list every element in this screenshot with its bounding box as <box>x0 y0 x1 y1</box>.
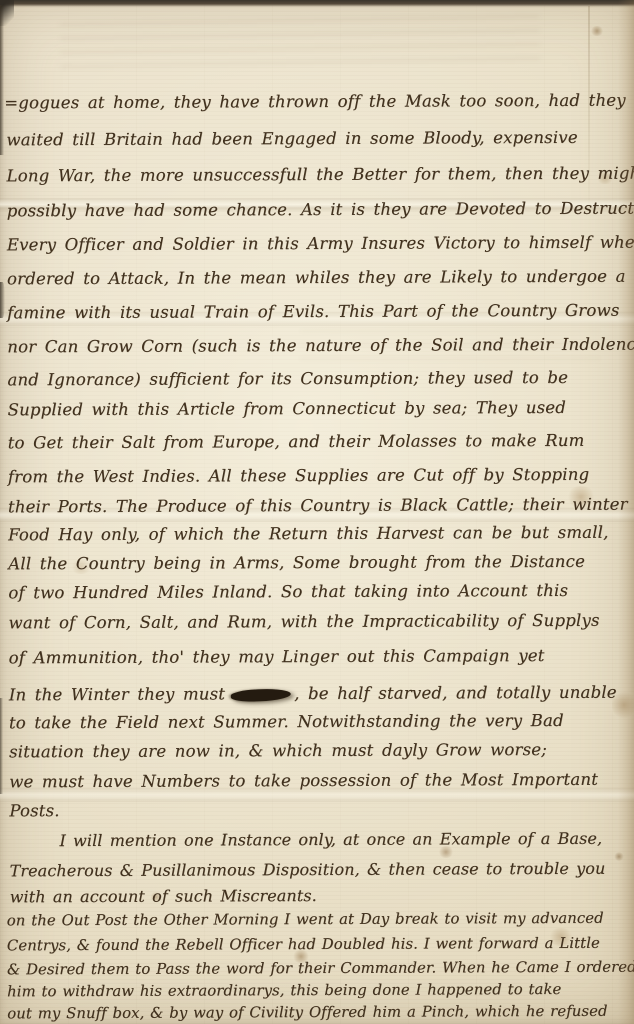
manuscript-line: waited till Britain had been Engaged in … <box>6 128 577 149</box>
manuscript-line: I will mention one Instance only, at onc… <box>59 829 602 850</box>
manuscript-line: Long War, the more unsuccessfull the Bet… <box>6 164 634 186</box>
manuscript-line: ordered to Attack, In the mean whiles th… <box>7 267 626 289</box>
manuscript-line: of Ammunition, tho' they may Linger out … <box>9 646 545 667</box>
manuscript-line: and Ignorance) sufficient for its Consum… <box>7 368 568 389</box>
redacted-line-before: In the Winter they must <box>9 684 225 704</box>
scan-edge-left-notch <box>0 282 5 318</box>
manuscript-line: possibly have had some chance. As it is … <box>7 198 634 220</box>
redacted-line-after: , be half starved, and totally unable <box>294 683 617 703</box>
scan-edge-right <box>618 0 634 1024</box>
manuscript-line: him to withdraw his extraordinarys, this… <box>7 981 561 1000</box>
manuscript-line: nor Can Grow Corn (such is the nature of… <box>7 335 634 357</box>
scan-edge-left <box>0 698 3 794</box>
manuscript-line: with an account of such Miscreants. <box>10 886 317 906</box>
manuscript-line: of two Hundred Miles Inland. So that tak… <box>8 581 568 602</box>
manuscript-line: =gogues at home, they have thrown off th… <box>4 91 626 113</box>
manuscript-line: their Ports. The Produce of this Country… <box>8 495 628 517</box>
manuscript-line: All the Country being in Arms, Some brou… <box>8 552 585 574</box>
manuscript-line: famine with its usual Train of Evils. Th… <box>7 301 619 323</box>
manuscript-line: situation they are now in, & which must … <box>9 740 547 761</box>
manuscript-line: & Desired them to Pass the word for thei… <box>7 959 634 979</box>
scanned-manuscript-page: =gogues at home, they have thrown off th… <box>0 0 634 1024</box>
handwriting-layer: =gogues at home, they have thrown off th… <box>0 0 634 1024</box>
manuscript-line: on the Out Post the Other Morning I went… <box>7 910 604 930</box>
scan-edge-top <box>0 0 634 7</box>
manuscript-line: from the West Indies. All these Supplies… <box>8 465 590 487</box>
manuscript-line: want of Corn, Salt, and Rum, with the Im… <box>8 611 599 633</box>
manuscript-line: Centrys, & found the Rebell Officer had … <box>7 935 600 955</box>
manuscript-line: out my Snuff box, & by way of Civility O… <box>7 1003 607 1023</box>
manuscript-line: Treacherous & Pusillanimous Disposition,… <box>10 859 606 881</box>
manuscript-line: Every Officer and Soldier in this Army I… <box>7 232 634 254</box>
manuscript-line-redacted: In the Winter they must, be half starved… <box>9 683 617 705</box>
manuscript-line: Posts. <box>9 801 59 820</box>
ink-blot-redaction <box>231 688 291 702</box>
manuscript-line: to take the Field next Summer. Notwithst… <box>9 711 564 732</box>
manuscript-line: we must have Numbers to take possession … <box>9 770 598 792</box>
manuscript-line: to Get their Salt from Europe, and their… <box>8 431 585 453</box>
manuscript-line: Supplied with this Article from Connecti… <box>8 398 567 419</box>
scan-edge-left <box>0 5 4 155</box>
manuscript-line: Food Hay only, of which the Return this … <box>8 523 609 545</box>
